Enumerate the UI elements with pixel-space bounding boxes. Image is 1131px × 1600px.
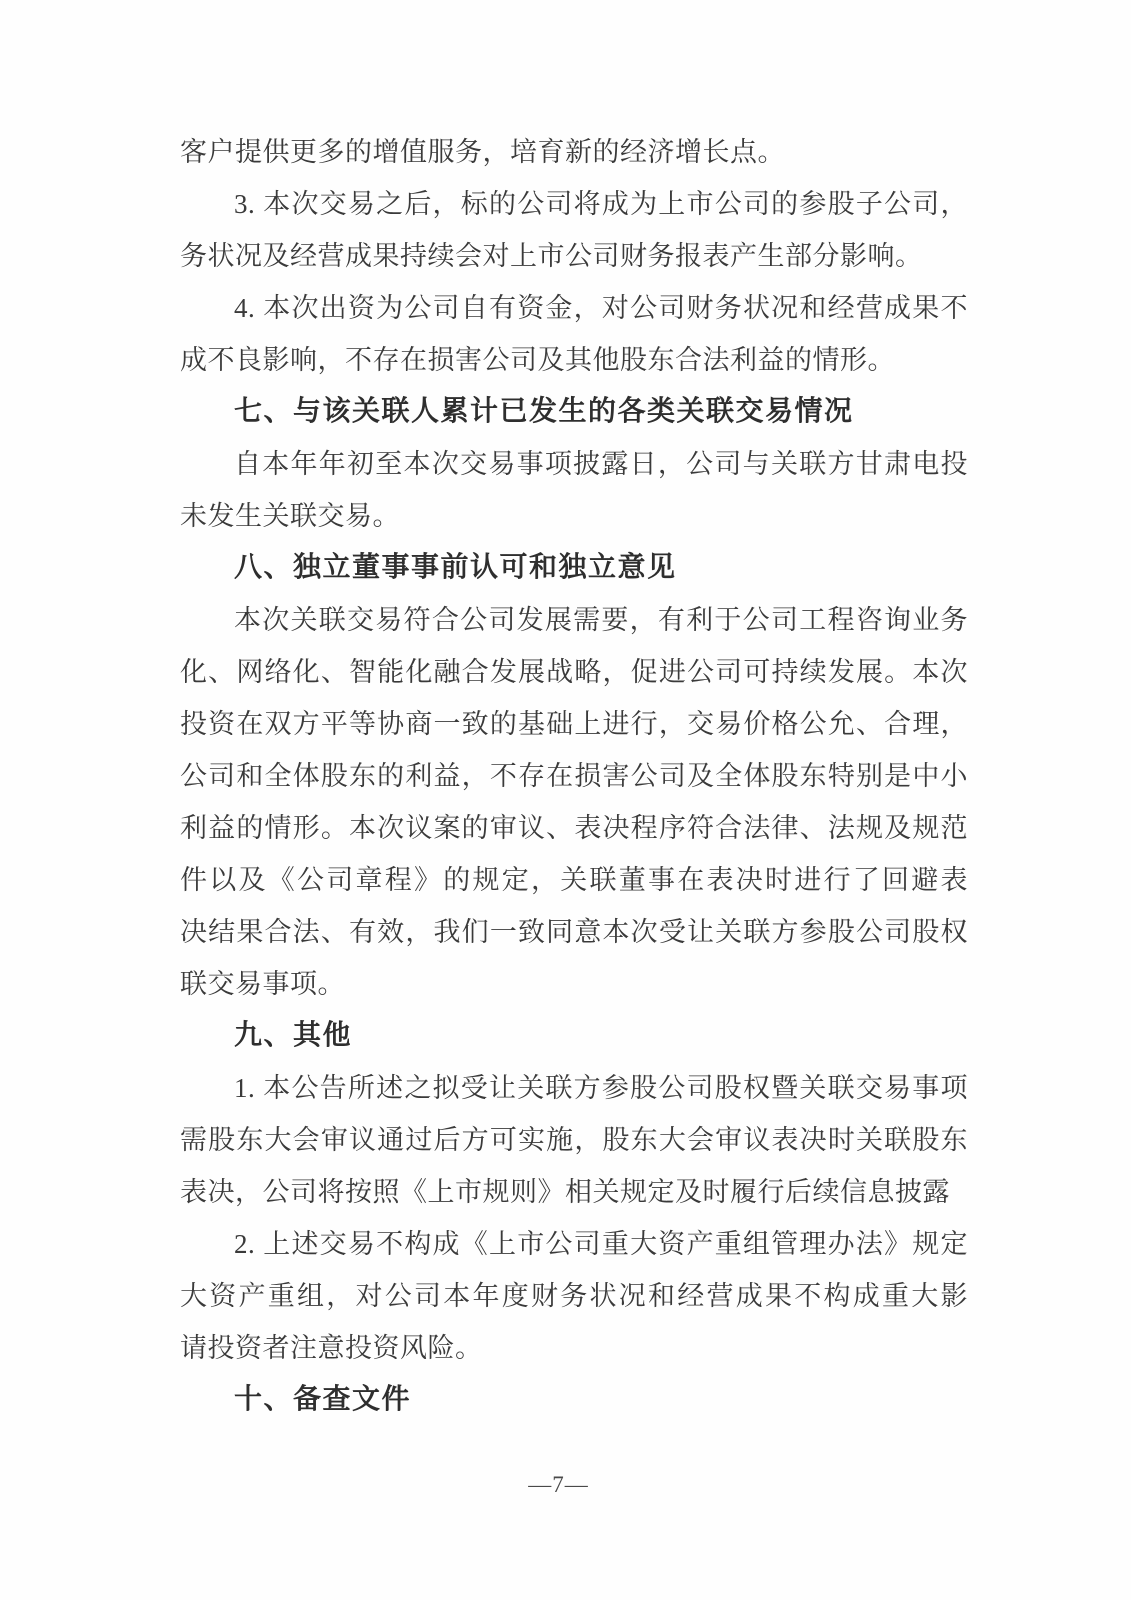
- section-heading: 十、备查文件: [180, 1374, 968, 1426]
- page-number: —7—: [0, 1472, 1117, 1498]
- text-line: 自本年年初至本次交易事项披露日，公司与关联方甘肃电投集团: [180, 438, 968, 490]
- text-line: 联交易事项。: [180, 958, 968, 1010]
- text-line: 公司和全体股东的利益，不存在损害公司及全体股东特别是中小股东: [180, 750, 968, 802]
- text-line: 成不良影响，不存在损害公司及其他股东合法利益的情形。: [180, 334, 968, 386]
- section-heading: 七、与该关联人累计已发生的各类关联交易情况: [180, 386, 968, 438]
- text-line: 未发生关联交易。: [180, 490, 968, 542]
- text-line: 需股东大会审议通过后方可实施，股东大会审议表决时关联股东回避: [180, 1114, 968, 1166]
- text-line: 投资在双方平等协商一致的基础上进行，交易价格公允、合理，符合: [180, 698, 968, 750]
- text-line: 务状况及经营成果持续会对上市公司财务报表产生部分影响。: [180, 230, 968, 282]
- text-line: 件以及《公司章程》的规定，关联董事在表决时进行了回避表决，表: [180, 854, 968, 906]
- text-line: 决结果合法、有效，我们一致同意本次受让关联方参股公司股权暨关: [180, 906, 968, 958]
- text-line: 化、网络化、智能化融合发展战略，促进公司可持续发展。本次对外: [180, 646, 968, 698]
- section-heading: 八、独立董事事前认可和独立意见: [180, 542, 968, 594]
- text-line: 请投资者注意投资风险。: [180, 1322, 968, 1374]
- document-page: 客户提供更多的增值服务，培育新的经济增长点。3. 本次交易之后，标的公司将成为上…: [0, 0, 1131, 1600]
- text-line: 本次关联交易符合公司发展需要，有利于公司工程咨询业务信息: [180, 594, 968, 646]
- text-line: 4. 本次出资为公司自有资金，对公司财务状况和经营成果不会造: [180, 282, 968, 334]
- text-line: 客户提供更多的增值服务，培育新的经济增长点。: [180, 126, 968, 178]
- text-line: 大资产重组，对公司本年度财务状况和经营成果不构成重大影响，敬: [180, 1270, 968, 1322]
- document-body: 客户提供更多的增值服务，培育新的经济增长点。3. 本次交易之后，标的公司将成为上…: [180, 126, 968, 1426]
- text-line: 2. 上述交易不构成《上市公司重大资产重组管理办法》规定的重: [180, 1218, 968, 1270]
- text-line: 3. 本次交易之后，标的公司将成为上市公司的参股子公司，其财: [180, 178, 968, 230]
- text-line: 表决，公司将按照《上市规则》相关规定及时履行后续信息披露义务。: [180, 1166, 968, 1218]
- text-line: 1. 本公告所述之拟受让关联方参股公司股权暨关联交易事项尚: [180, 1062, 968, 1114]
- section-heading: 九、其他: [180, 1010, 968, 1062]
- text-line: 利益的情形。本次议案的审议、表决程序符合法律、法规及规范性文: [180, 802, 968, 854]
